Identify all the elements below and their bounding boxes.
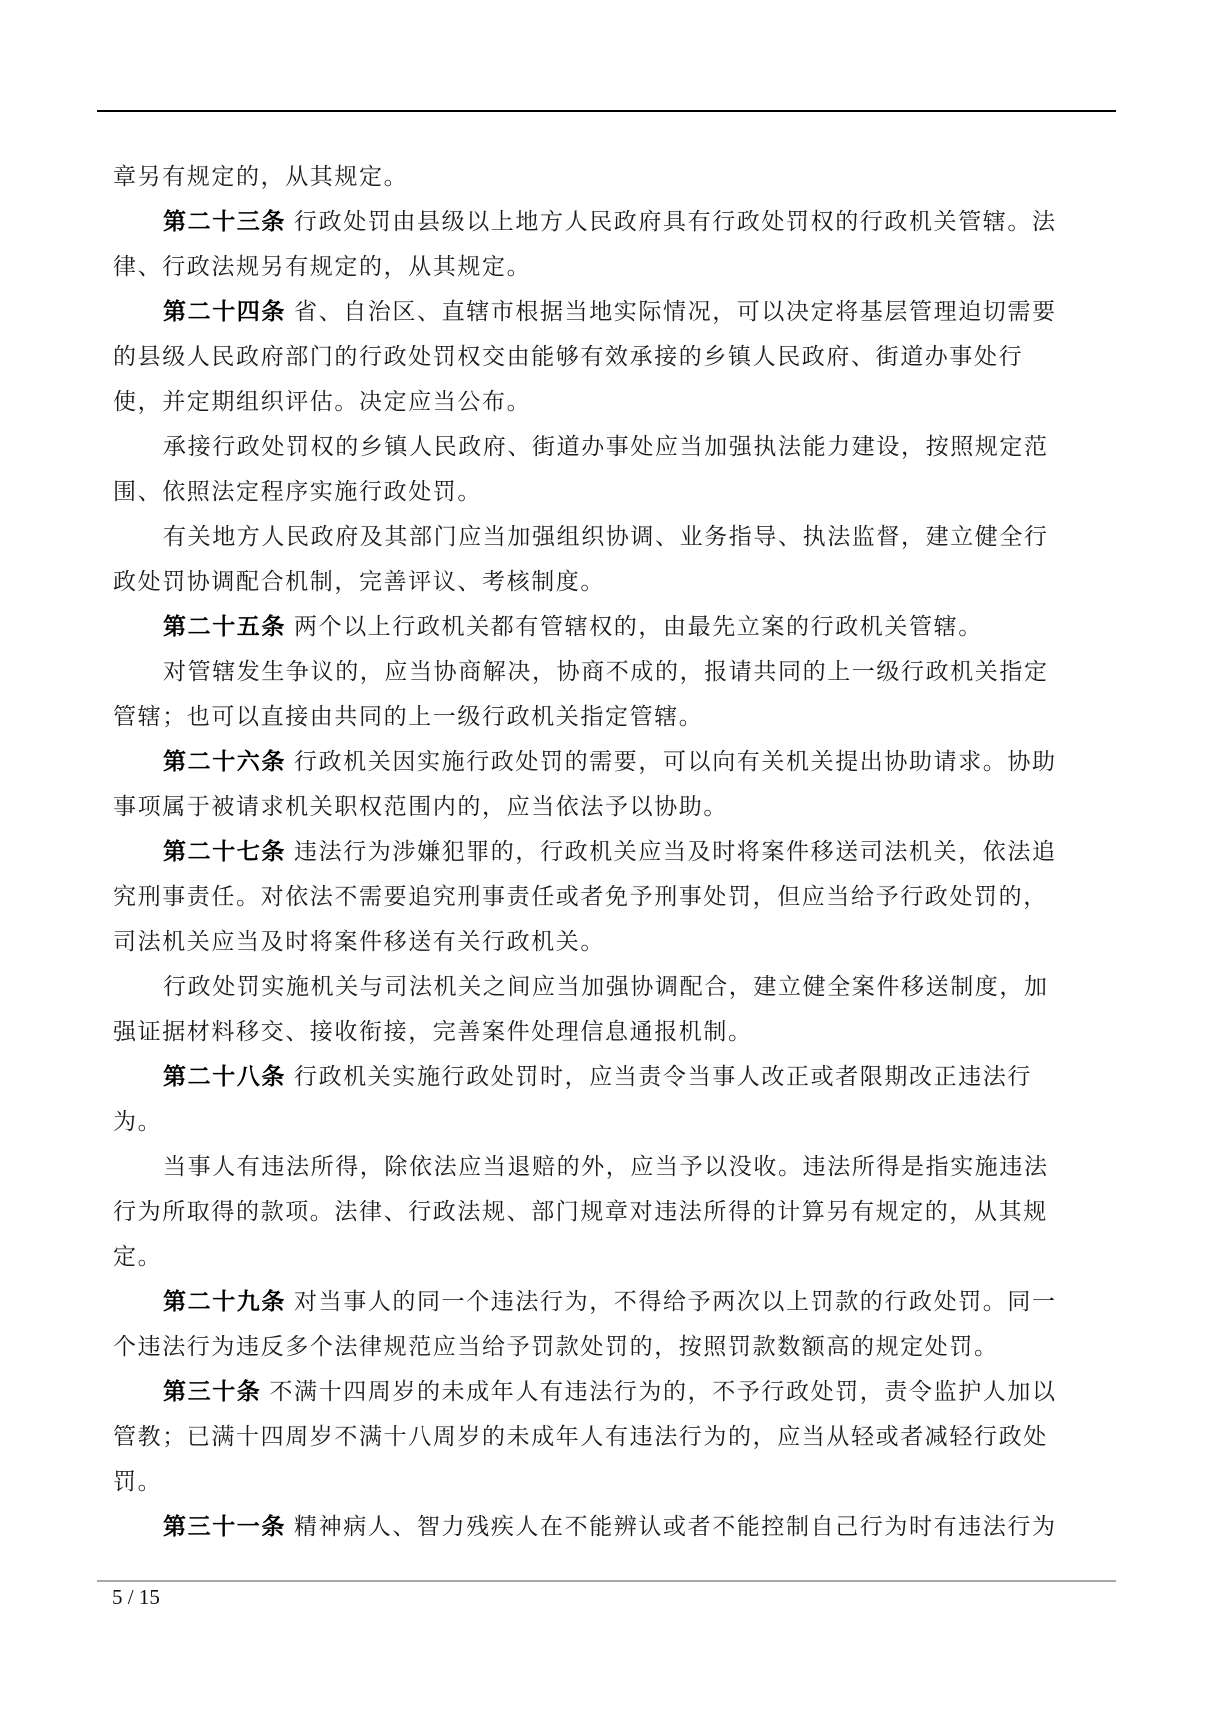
article-number-label: 第二十五条 [163, 614, 286, 639]
line-text: 两个以上行政机关都有管辖权的，由最先立案的行政机关管辖。 [294, 614, 983, 639]
line-text: 对管辖发生争议的，应当协商解决，协商不成的，报请共同的上一级行政机关指定 [163, 659, 1049, 684]
line-text: 对当事人的同一个违法行为，不得给予两次以上罚款的行政处罚。同一 [294, 1289, 1057, 1314]
line-text: 的县级人民政府部门的行政处罚权交由能够有效承接的乡镇人民政府、街道办事处行 [113, 344, 1023, 369]
text-line: 承接行政处罚权的乡镇人民政府、街道办事处应当加强执法能力建设，按照规定范 [113, 424, 1103, 469]
line-text: 行政机关实施行政处罚时，应当责令当事人改正或者限期改正违法行 [294, 1064, 1032, 1089]
line-text: 罚。 [113, 1469, 162, 1494]
line-text: 政处罚协调配合机制，完善评议、考核制度。 [113, 569, 605, 594]
text-line: 管教；已满十四周岁不满十八周岁的未成年人有违法行为的，应当从轻或者减轻行政处 [113, 1414, 1103, 1459]
text-line: 政处罚协调配合机制，完善评议、考核制度。 [113, 559, 1103, 604]
line-text: 管辖；也可以直接由共同的上一级行政机关指定管辖。 [113, 704, 703, 729]
line-text: 行政处罚由县级以上地方人民政府具有行政处罚权的行政机关管辖。法 [294, 209, 1057, 234]
line-text: 围、依照法定程序实施行政处罚。 [113, 479, 482, 504]
text-line: 对管辖发生争议的，应当协商解决，协商不成的，报请共同的上一级行政机关指定 [113, 649, 1103, 694]
text-line: 的县级人民政府部门的行政处罚权交由能够有效承接的乡镇人民政府、街道办事处行 [113, 334, 1103, 379]
line-text: 究刑事责任。对依法不需要追究刑事责任或者免予刑事处罚，但应当给予行政处罚的， [113, 884, 1048, 909]
line-text: 不满十四周岁的未成年人有违法行为的，不予行政处罚，责令监护人加以 [269, 1379, 1056, 1404]
text-line: 司法机关应当及时将案件移送有关行政机关。 [113, 919, 1103, 964]
line-text: 为。 [113, 1109, 162, 1134]
line-text: 管教；已满十四周岁不满十八周岁的未成年人有违法行为的，应当从轻或者减轻行政处 [113, 1424, 1048, 1449]
text-line: 究刑事责任。对依法不需要追究刑事责任或者免予刑事处罚，但应当给予行政处罚的， [113, 874, 1103, 919]
line-text: 省、自治区、直辖市根据当地实际情况，可以决定将基层管理迫切需要 [294, 299, 1057, 324]
text-line: 使，并定期组织评估。决定应当公布。 [113, 379, 1103, 424]
article-number-label: 第二十八条 [163, 1064, 286, 1089]
article-number-label: 第二十四条 [163, 299, 286, 324]
article-line: 第二十六条行政机关因实施行政处罚的需要，可以向有关机关提出协助请求。协助 [113, 739, 1103, 784]
text-line: 围、依照法定程序实施行政处罚。 [113, 469, 1103, 514]
text-line: 当事人有违法所得，除依法应当退赔的外，应当予以没收。违法所得是指实施违法 [113, 1144, 1103, 1189]
document-body: 章另有规定的，从其规定。第二十三条行政处罚由县级以上地方人民政府具有行政处罚权的… [113, 154, 1103, 1549]
footer-rule [97, 1580, 1116, 1582]
article-line: 第二十四条省、自治区、直辖市根据当地实际情况，可以决定将基层管理迫切需要 [113, 289, 1103, 334]
article-line: 第二十九条对当事人的同一个违法行为，不得给予两次以上罚款的行政处罚。同一 [113, 1279, 1103, 1324]
text-line: 事项属于被请求机关职权范围内的，应当依法予以协助。 [113, 784, 1103, 829]
article-line: 第三十一条精神病人、智力残疾人在不能辨认或者不能控制自己行为时有违法行为 [113, 1504, 1103, 1549]
text-line: 有关地方人民政府及其部门应当加强组织协调、业务指导、执法监督，建立健全行 [113, 514, 1103, 559]
line-text: 个违法行为违反多个法律规范应当给予罚款处罚的，按照罚款数额高的规定处罚。 [113, 1334, 999, 1359]
line-text: 行政机关因实施行政处罚的需要，可以向有关机关提出协助请求。协助 [294, 749, 1057, 774]
article-number-label: 第三十一条 [163, 1514, 286, 1539]
line-text: 精神病人、智力残疾人在不能辨认或者不能控制自己行为时有违法行为 [294, 1514, 1057, 1539]
line-text: 定。 [113, 1244, 162, 1269]
article-number-label: 第三十条 [163, 1379, 261, 1404]
text-line: 定。 [113, 1234, 1103, 1279]
line-text: 有关地方人民政府及其部门应当加强组织协调、业务指导、执法监督，建立健全行 [163, 524, 1049, 549]
article-number-label: 第二十七条 [163, 839, 286, 864]
line-text: 事项属于被请求机关职权范围内的，应当依法予以协助。 [113, 794, 728, 819]
text-line: 行为所取得的款项。法律、行政法规、部门规章对违法所得的计算另有规定的，从其规 [113, 1189, 1103, 1234]
article-number-label: 第二十三条 [163, 209, 286, 234]
text-line: 章另有规定的，从其规定。 [113, 154, 1103, 199]
article-line: 第二十八条行政机关实施行政处罚时，应当责令当事人改正或者限期改正违法行 [113, 1054, 1103, 1099]
line-text: 律、行政法规另有规定的，从其规定。 [113, 254, 531, 279]
line-text: 承接行政处罚权的乡镇人民政府、街道办事处应当加强执法能力建设，按照规定范 [163, 434, 1049, 459]
article-line: 第二十五条两个以上行政机关都有管辖权的，由最先立案的行政机关管辖。 [113, 604, 1103, 649]
article-line: 第三十条不满十四周岁的未成年人有违法行为的，不予行政处罚，责令监护人加以 [113, 1369, 1103, 1414]
article-line: 第二十三条行政处罚由县级以上地方人民政府具有行政处罚权的行政机关管辖。法 [113, 199, 1103, 244]
line-text: 司法机关应当及时将案件移送有关行政机关。 [113, 929, 605, 954]
header-rule [97, 110, 1116, 112]
text-line: 行政处罚实施机关与司法机关之间应当加强协调配合，建立健全案件移送制度，加 [113, 964, 1103, 1009]
text-line: 罚。 [113, 1459, 1103, 1504]
line-text: 强证据材料移交、接收衔接，完善案件处理信息通报机制。 [113, 1019, 753, 1044]
article-line: 第二十七条违法行为涉嫌犯罪的，行政机关应当及时将案件移送司法机关，依法追 [113, 829, 1103, 874]
article-number-label: 第二十九条 [163, 1289, 286, 1314]
line-text: 行为所取得的款项。法律、行政法规、部门规章对违法所得的计算另有规定的，从其规 [113, 1199, 1048, 1224]
text-line: 为。 [113, 1099, 1103, 1144]
text-line: 律、行政法规另有规定的，从其规定。 [113, 244, 1103, 289]
line-text: 当事人有违法所得，除依法应当退赔的外，应当予以没收。违法所得是指实施违法 [163, 1154, 1049, 1179]
text-line: 个违法行为违反多个法律规范应当给予罚款处罚的，按照罚款数额高的规定处罚。 [113, 1324, 1103, 1369]
line-text: 行政处罚实施机关与司法机关之间应当加强协调配合，建立健全案件移送制度，加 [163, 974, 1049, 999]
text-line: 管辖；也可以直接由共同的上一级行政机关指定管辖。 [113, 694, 1103, 739]
line-text: 使，并定期组织评估。决定应当公布。 [113, 389, 531, 414]
text-line: 强证据材料移交、接收衔接，完善案件处理信息通报机制。 [113, 1009, 1103, 1054]
page-number: 5 / 15 [112, 1585, 160, 1609]
article-number-label: 第二十六条 [163, 749, 286, 774]
line-text: 违法行为涉嫌犯罪的，行政机关应当及时将案件移送司法机关，依法追 [294, 839, 1057, 864]
line-text: 章另有规定的，从其规定。 [113, 164, 408, 189]
